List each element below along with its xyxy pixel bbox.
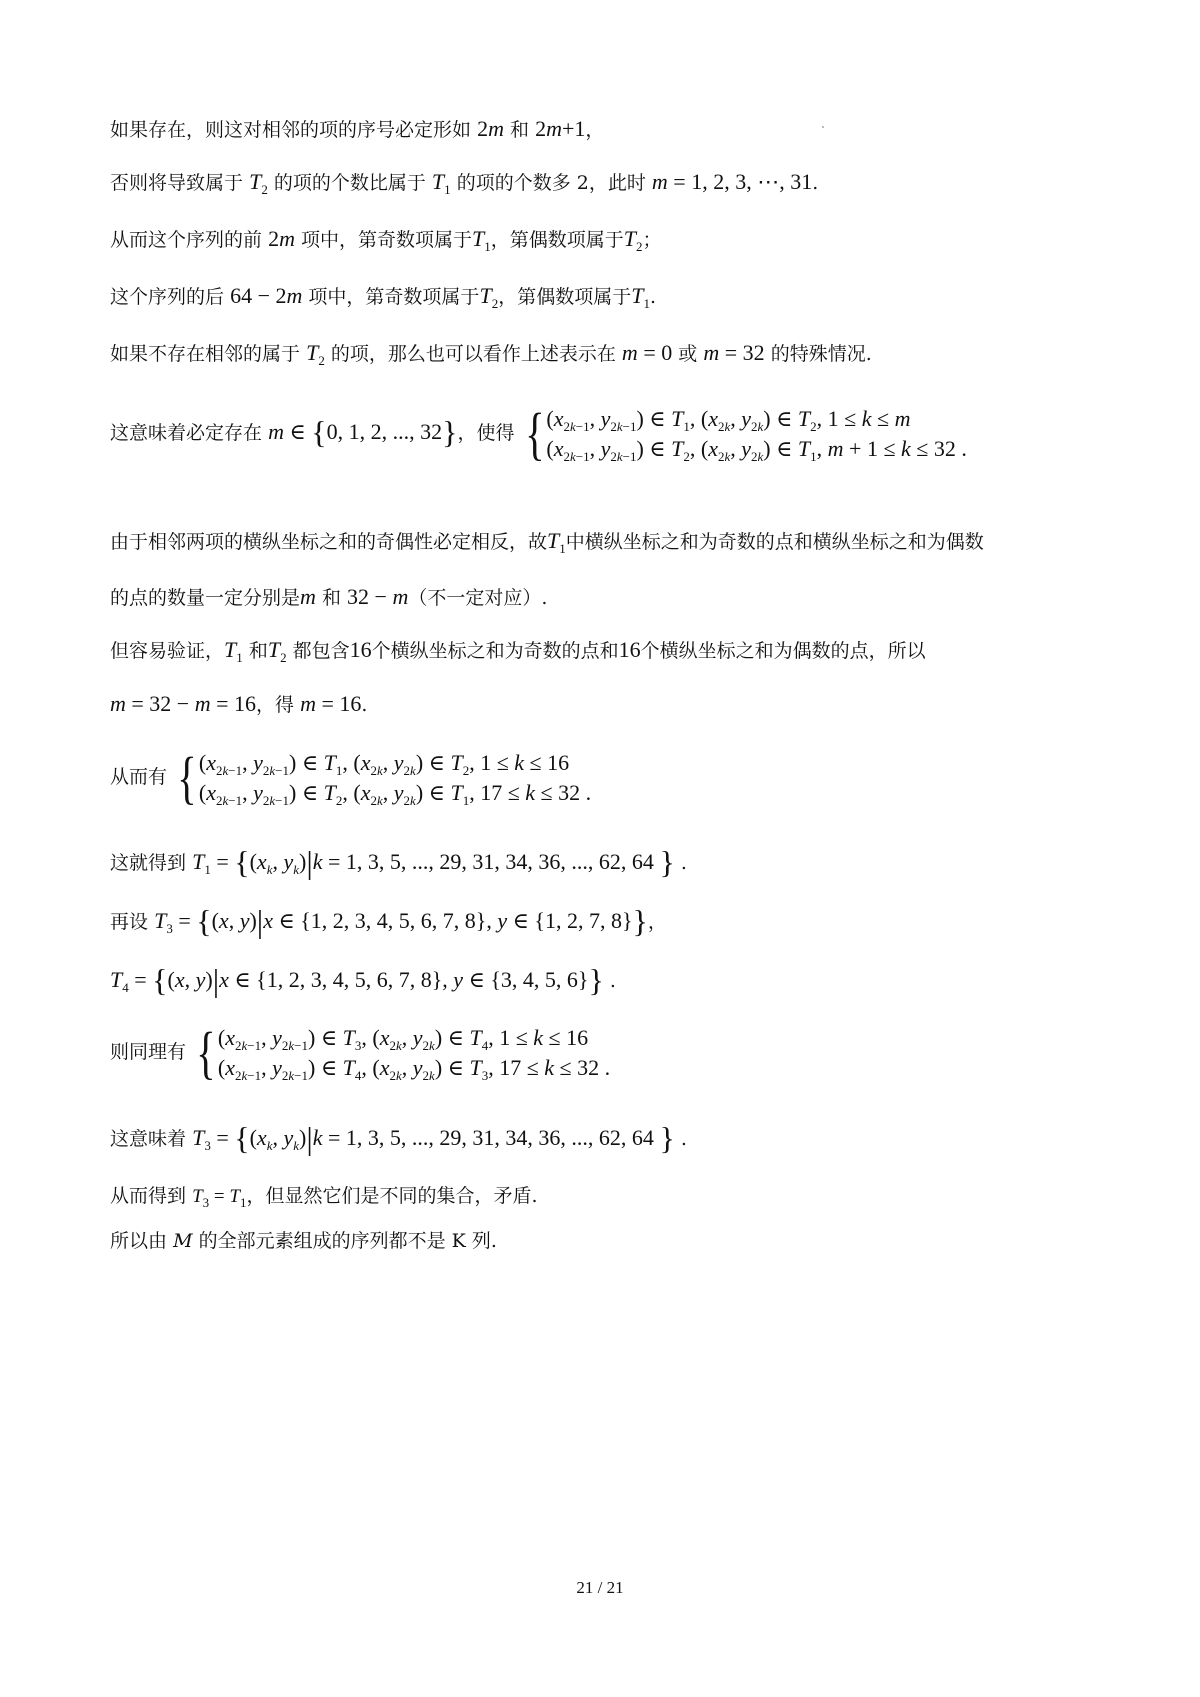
equation-system-1: 这意味着必定存在 m ∈ {0, 1, 2, ..., 32}，使得 { (x2… bbox=[110, 404, 967, 464]
text: 所以由 bbox=[110, 1230, 167, 1252]
text: 从而得到 bbox=[110, 1185, 186, 1207]
text: ， bbox=[585, 119, 604, 141]
text: ，第偶数项属于 bbox=[498, 286, 631, 308]
text: 个横纵坐标之和为奇数的点和 bbox=[372, 640, 619, 662]
scan-artifact bbox=[822, 126, 824, 128]
text: ， bbox=[648, 911, 667, 933]
text: 的项的个数多 2，此时 bbox=[457, 172, 646, 194]
text: ，得 bbox=[256, 694, 294, 716]
text: 的项的个数比属于 bbox=[274, 172, 426, 194]
case-brace: { (x2k−1, y2k−1) ∈ T1, (x2k, y2k) ∈ T2, … bbox=[173, 748, 591, 808]
equation-system-3: 则同理有 { (x2k−1, y2k−1) ∈ T3, (x2k, y2k) ∈… bbox=[110, 1023, 610, 1083]
text: 这意味着 bbox=[110, 1128, 186, 1150]
text: 的特殊情况. bbox=[771, 343, 872, 365]
text: 如果存在，则这对相邻的项的序号必定形如 bbox=[110, 119, 471, 141]
text: 都包含 bbox=[293, 640, 350, 662]
paragraph-line-3: 从而这个序列的前 2m 项中，第奇数项属于T1，第偶数项属于T2； bbox=[110, 226, 662, 253]
text: ，第偶数项属于 bbox=[491, 229, 624, 251]
text: 从而这个序列的前 bbox=[110, 229, 262, 251]
text: 和 bbox=[322, 587, 341, 609]
paragraph-line-18: 所以由 M 的全部元素组成的序列都不是 K 列. bbox=[110, 1228, 497, 1254]
text: 个横纵坐标之和为偶数的点，所以 bbox=[641, 640, 926, 662]
case-brace: { (x2k−1, y2k−1) ∈ T1, (x2k, y2k) ∈ T2, … bbox=[521, 404, 967, 464]
equation-system-2: 从而有 { (x2k−1, y2k−1) ∈ T1, (x2k, y2k) ∈ … bbox=[110, 748, 591, 808]
text: 项中，第奇数项属于 bbox=[308, 286, 479, 308]
paragraph-line-5: 如果不存在相邻的属于 T2 的项，那么也可以看作上述表示在 m = 0 或 m … bbox=[110, 340, 872, 367]
text: 如果不存在相邻的属于 bbox=[110, 343, 300, 365]
paragraph-line-16: 这意味着 T3 = {(xk, yk)|k = 1, 3, 5, ..., 29… bbox=[110, 1125, 687, 1152]
paragraph-line-17: 从而得到 T3 = T1，但显然它们是不同的集合，矛盾. bbox=[110, 1183, 537, 1210]
text: 中横纵坐标之和为奇数的点和横纵坐标之和为偶数 bbox=[566, 531, 984, 553]
paragraph-line-10: m = 32 − m = 16，得 m = 16. bbox=[110, 691, 367, 718]
paragraph-line-13: 再设 T3 = {(x, y)|x ∈ {1, 2, 3, 4, 5, 6, 7… bbox=[110, 908, 667, 935]
text: 这意味着必定存在 bbox=[110, 422, 262, 444]
text: 列. bbox=[472, 1230, 497, 1252]
paragraph-line-14: T4 = {(x, y)|x ∈ {1, 2, 3, 4, 5, 6, 7, 8… bbox=[110, 967, 616, 994]
text: ，但显然它们是不同的集合，矛盾. bbox=[246, 1185, 537, 1207]
text: 这就得到 bbox=[110, 852, 186, 874]
text: 和 bbox=[510, 119, 529, 141]
paragraph-line-1: 如果存在，则这对相邻的项的序号必定形如 2m 和 2m+1， bbox=[110, 116, 604, 143]
text: 则同理有 bbox=[110, 1041, 186, 1063]
paragraph-line-8: 的点的数量一定分别是m 和 32 − m（不一定对应）. bbox=[110, 584, 547, 611]
document-page: 如果存在，则这对相邻的项的序号必定形如 2m 和 2m+1， 否则将导致属于 T… bbox=[0, 0, 1200, 1697]
paragraph-line-9: 但容易验证，T1 和T2 都包含16个横纵坐标之和为奇数的点和16个横纵坐标之和… bbox=[110, 637, 926, 664]
text: 的点的数量一定分别是 bbox=[110, 587, 300, 609]
text: （不一定对应）. bbox=[408, 587, 547, 609]
case-brace: { (x2k−1, y2k−1) ∈ T3, (x2k, y2k) ∈ T4, … bbox=[192, 1023, 610, 1083]
text: 否则将导致属于 bbox=[110, 172, 243, 194]
text: 或 bbox=[678, 343, 697, 365]
text: 这个序列的后 bbox=[110, 286, 224, 308]
paragraph-line-7: 由于相邻两项的横纵坐标之和的奇偶性必定相反，故T1中横纵坐标之和为奇数的点和横纵… bbox=[110, 528, 984, 555]
text: ，使得 bbox=[457, 422, 514, 444]
page-number: 21 / 21 bbox=[0, 1578, 1200, 1598]
text: 再设 bbox=[110, 911, 148, 933]
paragraph-line-4: 这个序列的后 64 − 2m 项中，第奇数项属于T2，第偶数项属于T1. bbox=[110, 283, 656, 310]
text: 项中，第奇数项属于 bbox=[301, 229, 472, 251]
text: 从而有 bbox=[110, 766, 167, 788]
text: 但容易验证， bbox=[110, 640, 224, 662]
text: 的项，那么也可以看作上述表示在 bbox=[331, 343, 616, 365]
text: 和 bbox=[249, 640, 268, 662]
math-symbol-M: M bbox=[173, 1230, 192, 1252]
text: 由于相邻两项的横纵坐标之和的奇偶性必定相反，故 bbox=[110, 531, 547, 553]
paragraph-line-12: 这就得到 T1 = {(xk, yk)|k = 1, 3, 5, ..., 29… bbox=[110, 849, 687, 876]
paragraph-line-2: 否则将导致属于 T2 的项的个数比属于 T1 的项的个数多 2，此时 m = 1… bbox=[110, 169, 818, 196]
text: K bbox=[452, 1230, 466, 1252]
text: ； bbox=[643, 229, 662, 251]
text: 的全部元素组成的序列都不是 bbox=[199, 1230, 446, 1252]
